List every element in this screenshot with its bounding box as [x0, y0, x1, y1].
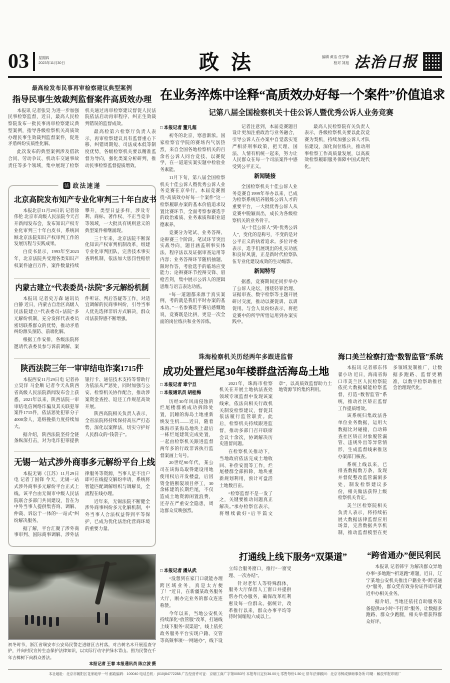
section-title: 政法 [187, 46, 263, 75]
paragraph: 最高检第六检察厅负责人表示，再审检察建议具有监督重心下移、纠错周期短、司法成本低… [85, 129, 156, 170]
paragraph: 从“十佳公诉人”到“优秀公诉人”，变化的是称号，不变的是对公平正义的执着追求。多… [232, 225, 297, 266]
qr-code [423, 52, 442, 71]
lead-article: 在业务淬炼中诠释“高质效办好每一个案件”价值追求 记第八届全国检察机关十佳公诉人… [160, 84, 442, 336]
paragraph: 该系统归集政法各单位业务数据，运用大数据比对碰撞，自动筛查社区矫正对象脱管漏管、… [338, 413, 387, 460]
article-body: 本报无锡（江苏）11月29日电 记者丁国锋 今天，无锡一站式涉外商事多元解纷平台… [14, 471, 150, 541]
article-wuxi: 无锡一站式涉外商事多元解纷平台上线 本报无锡（江苏）11月29日电 记者丁国锋 … [14, 456, 150, 541]
article-body: 本报讯 记者韩宇 为解决群众异地办事“多地跑”“折返跑”难题，近日，辽宁某地公安… [366, 564, 442, 648]
paragraph: 系统上线以来，已排查数据数万条，发现并督促整改监管漏洞多处，制发检察建议多份，相… [338, 462, 387, 503]
article-headline: 打通线上线下服务“双渠道” [226, 550, 360, 563]
article-haikou: 海口美兰检察打造“数智监管”系统 本报讯 记者邢东伟 翟小功 近日，海南省海口市… [338, 352, 442, 537]
paragraph: □ 本报记者 潘从武 [160, 568, 223, 575]
main-region: 在业务淬炼中诠释“高质效办好每一个案件”价值追求 记第八届全国检察机关十佳公诉人… [160, 84, 442, 667]
brief-logo-icon: 法 [63, 182, 70, 189]
news-photo [8, 554, 156, 640]
article-dual-channel: 打通线上线下服务“双渠道” □ 本报记者 潘从武“没想到在家门口就能办理跨区域业… [160, 550, 360, 650]
masthead-wordmark: 法治日报 [354, 50, 418, 72]
paragraph: 竞赛分为笔试、业务答辩、论辩赛三个阶段。笔试环节突出实战导向，题目涵盖刑事实体法… [160, 230, 225, 291]
header-divider [33, 52, 35, 71]
paragraph: 近年来，无锡法院不断健全涉外商事纠纷多元化解机制，中外当事人合法权益得到平等保护… [85, 499, 150, 533]
person-silhouette [49, 617, 52, 627]
article-headline: 无锡一站式涉外商事多元解纷平台上线 [14, 456, 150, 468]
article-body: 本报讯 记者史万森 通讯员白静 近日，内蒙古自治区高级人民法院建立“代表委员+法… [14, 296, 150, 354]
divider [14, 278, 150, 279]
divider [14, 451, 150, 452]
paragraph: 20世纪90年代，某公司在该海岛取得建设用地使用权后开发楼盘，后因资金链断裂项目… [160, 460, 213, 514]
paragraph: 全国检察机关十佳公诉人业务竞赛自1999年举办以来，已成为检察系统培养锻炼公诉人… [232, 184, 297, 225]
page-number: 03 [8, 51, 29, 72]
article-headline: 海口美兰检察打造“数智监管”系统 [338, 352, 442, 362]
person-silhouette [97, 612, 100, 623]
page-header: 03 星期四 2023年11月30日 政法 编辑 黄洁 任学锋 校对 刘旭 法治… [8, 46, 442, 78]
article-headline: 成功处置烂尾30年楼群盘活海岛土地 [160, 363, 332, 378]
editors-line2: 校对 刘旭 [322, 61, 349, 67]
article-cross-province: “跨省通办”便民利民 本报讯 记者韩宇 为解决群众异地办事“多地跑”“折返跑”难… [366, 550, 442, 648]
article-body: 本报北京11月29日讯 记者徐伟伦 北京市高级人民法院今天召开新闻发布会，发布知… [14, 208, 150, 274]
news-brief-badge: 法 政法速递 [58, 181, 106, 190]
person-silhouette [31, 615, 34, 624]
brief-label: 政法速递 [73, 181, 101, 190]
date-block: 星期四 2023年11月30日 [39, 56, 66, 67]
paragraph: 最高人民检察院有关负责人表示，各级检察机关要以此次竞赛为契机，持续加强公诉人才队… [305, 124, 370, 171]
person-silhouette [56, 617, 59, 626]
paragraph: 针对老年人等特殊群体，服务大厅保留人工窗口并提供帮办代办服务，确保改革红利惠及每… [229, 581, 292, 622]
editors-block: 编辑 黄洁 任学锋 校对 刘旭 [322, 55, 349, 67]
article-eyebrow: 珠海检察机关历经两年多跟进监督 [160, 352, 332, 361]
paragraph: 本报无锡（江苏）11月29日电 记者丁国锋 今天，无锡一站式涉外商事多元解纷平台… [14, 471, 79, 525]
article-zhuhai: 珠海检察机关历经两年多跟进监督 成功处置烂尾30年楼群盘活海岛土地 □ 本报记者… [160, 352, 332, 529]
paragraph: 历经30年风雨侵蚀的烂尾楼群被成功拆除处置，沉睡的海岛土地重新焕发生机——近日，… [160, 399, 213, 460]
news-brief-box: 法 政法速递 北京高院发布知产专业化审判三十年白皮书 本报北京11月29日讯 记… [8, 185, 156, 547]
person-silhouette [43, 616, 46, 625]
lead-headline: 在业务淬炼中诠释“高质效办好每一个案件”价值追求 [160, 84, 442, 103]
imprint-footer: 本社地址：北京市朝阳区花家地甲一号 邮政编码：100040 电话总机：(010)… [8, 669, 442, 678]
article-headline: 内蒙古建立“代表委员+法院”多元解纷机制 [14, 283, 150, 293]
article-body: □ 本报记者 潘从武“没想到在家门口就能办理跨区域业务，真是太方便了！”近日，在… [160, 566, 360, 650]
article-beijing-court: 北京高院发布知产专业化审判三十年白皮书 本报北京11月29日讯 记者徐伟伦 北京… [14, 194, 150, 274]
divider [14, 358, 150, 359]
paragraph: “每一道题都来源于真实案例，考的就是我们平时办案的基本功。”一名参赛选手赛后感慨… [160, 292, 225, 326]
article-body: □ 本报记者 章宁旦□ 本报通讯员 胡桂梅历经30年风雨侵蚀的烂尾楼群被成功拆除… [160, 381, 332, 529]
paragraph: 本报讯 记者史万森 通讯员白静 近日，内蒙古自治区高级人民法院建立“代表委员+法… [14, 296, 79, 337]
left-column: 最高检发布民事再审检察建议典型案例 指导民事生效裁判监督案件高质效办理 本报讯 … [8, 84, 156, 667]
paragraph: 在检察机关推动下，当地政府依法完成土地收回、补偿安置等工作，烂尾楼群全部拆除，地… [219, 449, 272, 490]
paragraph: □ 本报记者 章宁旦 [160, 382, 213, 389]
lead-body: □ 本报记者 董凡超初冬的北京，寒意渐浓。国家检察官学院的赛场内气氛热烈，来自全… [160, 124, 442, 336]
article-shaanxi: 陕西法院三年一审审结电诈案1715件 本报西安11月29日电 记者孙立昊洋 马金… [14, 363, 150, 447]
article-headline: 陕西法院三年一审审结电诈案1715件 [14, 363, 150, 374]
newspaper-page: 03 星期四 2023年11月30日 政法 编辑 黄洁 任学锋 校对 刘旭 法治… [0, 0, 450, 683]
article-body: 本报西安11月29日电 记者孙立昊洋 马金顺 记者今天从陕西省高级人民法院新闻发… [14, 377, 150, 447]
lead-subtitle: 记第八届全国检察机关十佳公诉人暨优秀公诉人业务竞赛 [160, 107, 442, 118]
header-right: 编辑 黄洁 任学锋 校对 刘旭 法治日报 [322, 51, 442, 72]
paragraph: 本报西安11月29日电 记者孙立昊洋 马金顺 记者今天从陕西省高级人民法院新闻发… [14, 377, 79, 431]
paragraph: 本报讯 记者张昊 为进一步加强民事检察监督，近日，最高人民检察院发布一批民事再审… [8, 108, 79, 149]
person-silhouette [25, 615, 28, 625]
article-neimenggu: 内蒙古建立“代表委员+法院”多元解纷机制 本报讯 记者史万森 通讯员白静 近日，… [14, 283, 150, 354]
paragraph: 初冬的北京，寒意渐浓。国家检察官学院的赛场内气氛热烈，来自全国各地检察机关的百余… [160, 133, 225, 174]
article-top-left: 最高检发布民事再审检察建议典型案例 指导民事生效裁判监督案件高质效办理 本报讯 … [8, 84, 156, 176]
photo-credit: 本报记者 王春 本报通讯员 陈立波 摄 [8, 661, 156, 667]
article-headline: 指导民事生效裁判监督案件高质效办理 [8, 94, 156, 105]
paragraph: 本报讯 记者邢东伟 翟小功 近日，海南省海口市美兰区人民检察院依托大数据赋能检察… [338, 365, 387, 412]
paragraph: □ 本报通讯员 胡桂梅 [160, 390, 213, 397]
paragraph: 陕西高院相关负责人表示，全省法院将持续保持高压严打态势，深化以案释法，切实守护好… [85, 411, 150, 438]
person-silhouette [37, 616, 40, 626]
header-left: 03 星期四 2023年11月30日 [8, 51, 65, 72]
paragraph: □ 本报记者 董凡超 [160, 125, 225, 132]
photo-caption: 初冬时节，浙江省瑞安市公安局民警走进辖区古村落，对古树名木开展巡查守护，并向村民… [8, 642, 156, 661]
paragraph: 本报北京11月29日讯 记者徐伟伦 北京市高级人民法院今天召开新闻发布会，发布知… [14, 208, 79, 249]
paragraph: 2021年，珠海市检察机关在开展土地执法查处领域专项监督中发现该案线索，依法向相… [219, 381, 272, 449]
article-eyebrow: 最高检发布民事再审检察建议典型案例 [8, 84, 156, 92]
paragraph: 据介绍，当地还依托自助服务设备提供24小时“不打烊”服务，让数据多跑路、群众少跑… [366, 599, 442, 626]
person-silhouette [105, 613, 108, 625]
paragraph: 11月下旬，第八届全国检察机关十佳公诉人暨优秀公诉人业务竞赛在京举行。本届竞赛围… [160, 175, 225, 229]
paragraph: 新闻特写 [232, 268, 297, 276]
article-body: 本报讯 记者张昊 为进一步加强民事检察监督，近日，最高人民检察院发布一批民事再审… [8, 108, 156, 176]
paragraph: “没想到在家门口就能办理跨区域业务，真是太方便了！”近日，在新疆某政务服务大厅，… [160, 576, 223, 610]
article-headline: 北京高院发布知产专业化审判三十年白皮书 [14, 194, 150, 205]
paragraph: 本报讯 记者韩宇 为解决群众异地办事“多地跑”“折返跑”难题，近日，辽宁某地公安… [366, 564, 442, 598]
paragraph: 新闻链接 [232, 173, 297, 181]
article-body: 本报讯 记者邢东伟 翟小功 近日，海南省海口市美兰区人民检察院依托大数据赋能检察… [338, 365, 442, 537]
date: 2023年11月30日 [39, 61, 66, 66]
paragraph: 据悉，竞赛期间还同步举办了公诉人论坛，围绕轻罪治理、证据审查、数字检察等主题开展… [232, 279, 297, 326]
paragraph: 记者注意到，本届竞赛题目设计更加注重政治与业务融合，引导公诉人在办案中自觉落实宽… [232, 124, 297, 171]
article-headline: “跨省通办”便民利民 [366, 550, 442, 561]
